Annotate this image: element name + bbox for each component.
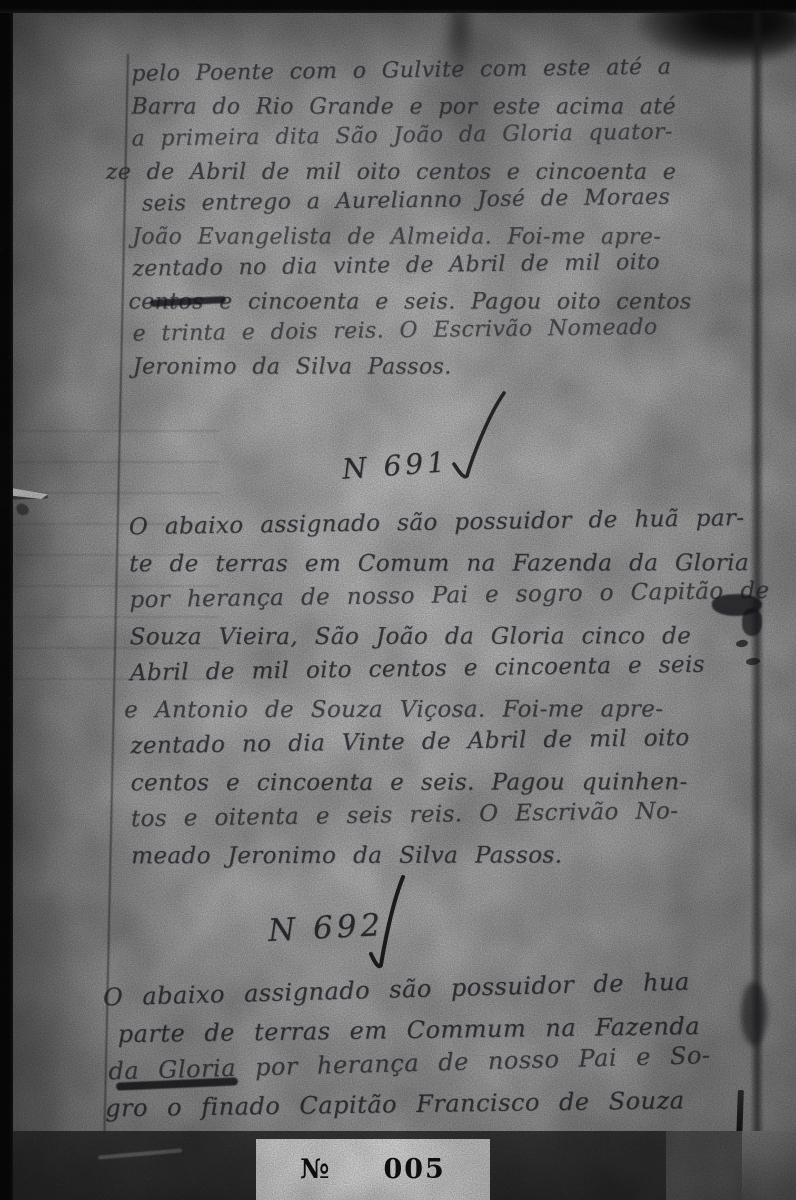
check-mark-icon bbox=[450, 390, 512, 492]
band-right-patch bbox=[742, 1131, 796, 1200]
entry-692-paragraph: O abaixo assignado são possuidor de hua … bbox=[103, 967, 771, 1128]
film-edge-left bbox=[0, 0, 13, 1200]
entry-continuation-paragraph: pelo Poente com o Gulvite com este até a… bbox=[131, 55, 757, 383]
manuscript-line: pelo Poente com o Gulvite com este até a bbox=[131, 50, 755, 91]
manuscript-line: e trinta e dois reis. O Escrivão Nomeado bbox=[132, 310, 756, 351]
page-number-stamp: № 005 bbox=[256, 1139, 490, 1200]
manuscript-line: meado Jeronimo da Silva Passos. bbox=[131, 837, 759, 875]
manuscript-line: Jeronimo da Silva Passos. bbox=[133, 351, 757, 384]
manuscript-line: seis entrego a Aurelianno José de Moraes bbox=[142, 181, 756, 222]
ink-blot bbox=[742, 608, 762, 636]
film-edge-top bbox=[0, 0, 796, 13]
check-mark-icon bbox=[366, 874, 410, 978]
manuscript-line: a primeira dita São João da Gloria quato… bbox=[131, 115, 755, 156]
manuscript-line: zentado no dia vinte de Abril de mil oit… bbox=[132, 245, 756, 286]
band-light-patch bbox=[666, 1131, 742, 1200]
scanned-manuscript-page: pelo Poente com o Gulvite com este até a… bbox=[0, 0, 796, 1200]
entry-691-paragraph: O abaixo assignado são possuidor de huã … bbox=[129, 505, 760, 874]
numero-sign: № bbox=[300, 1154, 331, 1185]
page-number-value: 005 bbox=[383, 1154, 445, 1185]
